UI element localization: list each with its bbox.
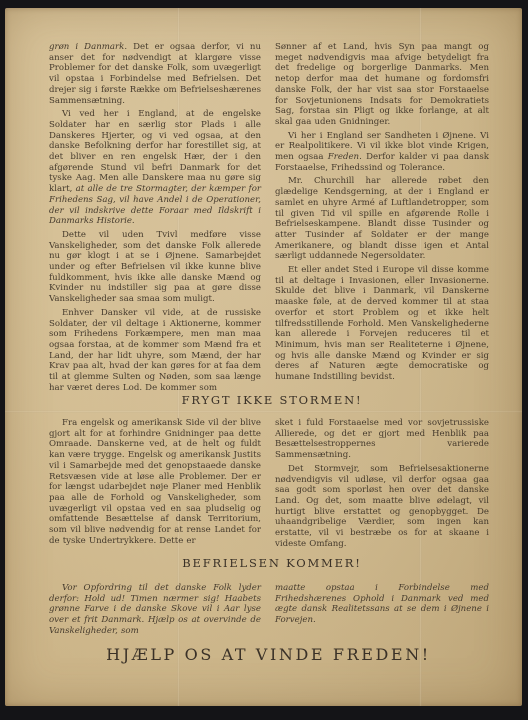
- paragraph: Det Stormvejr, som Befrielsesaktionerne …: [275, 464, 489, 550]
- text-run: Sønner af et Land, hvis Syn paa mangt og…: [275, 42, 489, 127]
- storm-left-column: Fra engelsk og amerikansk Side vil der b…: [49, 418, 261, 549]
- paragraph: grøn i Danmark. Det er ogsaa derfor, vi …: [49, 42, 261, 106]
- text-run: Et eller andet Sted i Europe vil disse k…: [275, 265, 489, 382]
- appeal-left-column: Vor Opfordring til det danske Folk lyder…: [49, 583, 261, 640]
- text-run: Vi ved her i England, at de engelske Sol…: [49, 109, 261, 194]
- italic-text-run: Vor Opfordring til det danske Folk lyder…: [49, 583, 261, 636]
- paragraph: Dette vil uden Tvivl medføre visse Vansk…: [49, 230, 261, 305]
- text-run: Det Stormvejr, som Befrielsesaktionerne …: [275, 464, 489, 549]
- paragraph: Et eller andet Sted i Europe vil disse k…: [275, 265, 489, 383]
- text-run: Fra engelsk og amerikansk Side vil der b…: [49, 418, 261, 546]
- italic-text-run: at alle de tre Stormagter, der kæmper fo…: [49, 184, 261, 226]
- paragraph: Vi her i England ser Sandheten i Øjnene.…: [275, 131, 489, 174]
- text-run: sket i fuld Forstaaelse med vor sovjetru…: [275, 418, 489, 460]
- text-run: Mr. Churchill har allerede røbet den glæ…: [275, 176, 489, 261]
- paragraph: Vor Opfordring til det danske Folk lyder…: [49, 583, 261, 637]
- intro-right-column: Sønner af et Land, hvis Syn paa mangt og…: [275, 42, 489, 386]
- heading-frygt-ikke-stormen: FRYGT IKKE STORMEN!: [49, 393, 495, 407]
- paper-crease-horizontal: [5, 410, 522, 413]
- italic-text-run: Freden.: [328, 152, 362, 162]
- paragraph: Sønner af et Land, hvis Syn paa mangt og…: [275, 42, 489, 128]
- paragraph: Mr. Churchill har allerede røbet den glæ…: [275, 176, 489, 262]
- scan-background: grøn i Danmark. Det er ogsaa derfor, vi …: [0, 0, 528, 720]
- heading-befrielsen-kommer: BEFRIELSEN KOMMER!: [49, 556, 495, 570]
- paragraph: Vi ved her i England, at de engelske Sol…: [49, 109, 261, 227]
- text-run: Dette vil uden Tvivl medføre visse Vansk…: [49, 230, 261, 304]
- paragraph: maatte opstaa i Forbindelse med Frihedsh…: [275, 583, 489, 626]
- leaflet-page: grøn i Danmark. Det er ogsaa derfor, vi …: [5, 8, 522, 706]
- appeal-right-column: maatte opstaa i Forbindelse med Frihedsh…: [275, 583, 489, 629]
- paragraph: sket i fuld Forstaaelse med vor sovjetru…: [275, 418, 489, 461]
- italic-text-run: grøn i Danmark.: [49, 42, 127, 52]
- paragraph: Enhver Dansker vil vide, at de russiske …: [49, 308, 261, 394]
- heading-hjaelp-os-at-vinde-freden: HJÆLP OS AT VINDE FREDEN!: [25, 645, 512, 664]
- italic-text-run: maatte opstaa i Forbindelse med Frihedsh…: [275, 583, 489, 625]
- intro-left-column: grøn i Danmark. Det er ogsaa derfor, vi …: [49, 42, 261, 397]
- paragraph: Fra engelsk og amerikansk Side vil der b…: [49, 418, 261, 546]
- text-run: Enhver Dansker vil vide, at de russiske …: [49, 308, 261, 393]
- storm-right-column: sket i fuld Forstaaelse med vor sovjetru…: [275, 418, 489, 552]
